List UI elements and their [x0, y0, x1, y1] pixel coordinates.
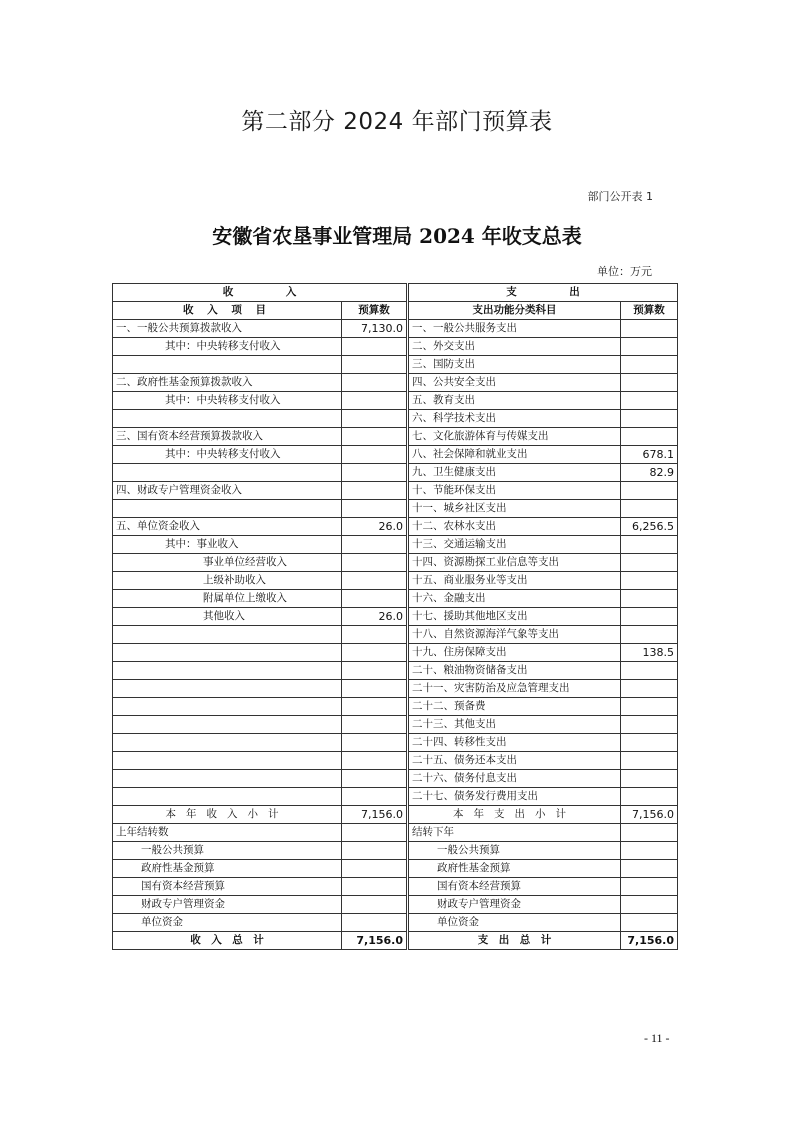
income-item — [113, 698, 342, 716]
expense-item: 二十五、债务还本支出 — [408, 752, 621, 770]
carry-in-item: 国有资本经营预算 — [113, 878, 342, 896]
expense-amount — [621, 554, 678, 572]
income-item — [113, 662, 342, 680]
income-item — [113, 680, 342, 698]
income-item — [113, 500, 342, 518]
expense-item: 十四、资源勘探工业信息等支出 — [408, 554, 621, 572]
expense-item: 九、卫生健康支出 — [408, 464, 621, 482]
income-item — [113, 410, 342, 428]
expense-item: 十二、农林水支出 — [408, 518, 621, 536]
table-row: 二十五、债务还本支出 — [113, 752, 678, 770]
carry-header-row: 上年结转数 结转下年 — [113, 824, 678, 842]
table-row: 一、一般公共预算拨款收入7,130.0一、一般公共服务支出 — [113, 320, 678, 338]
expense-amount — [621, 338, 678, 356]
income-amount — [342, 644, 408, 662]
expense-item: 四、公共安全支出 — [408, 374, 621, 392]
income-amount — [342, 572, 408, 590]
income-amount: 26.0 — [342, 608, 408, 626]
income-item: 其中：中央转移支付收入 — [113, 392, 342, 410]
table-row: 上级补助收入十五、商业服务业等支出 — [113, 572, 678, 590]
expense-item: 二、外交支出 — [408, 338, 621, 356]
income-amount — [342, 626, 408, 644]
income-item: 二、政府性基金预算拨款收入 — [113, 374, 342, 392]
carry-in-amount — [342, 914, 408, 932]
table-row: 附属单位上缴收入十六、金融支出 — [113, 590, 678, 608]
group-header-row: 收 入 支 出 — [113, 284, 678, 302]
expense-amount — [621, 356, 678, 374]
carry-in-label: 上年结转数 — [113, 824, 342, 842]
carry-out-amount — [621, 914, 678, 932]
income-amount — [342, 788, 408, 806]
expense-amount — [621, 734, 678, 752]
income-amount — [342, 410, 408, 428]
carry-out-item: 单位资金 — [408, 914, 621, 932]
total-row: 收 入 总 计 7,156.0 支 出 总 计 7,156.0 — [113, 932, 678, 950]
table-number: 部门公开表 1 — [588, 188, 654, 204]
income-item — [113, 752, 342, 770]
income-item — [113, 356, 342, 374]
expense-item: 二十四、转移性支出 — [408, 734, 621, 752]
income-amount: 26.0 — [342, 518, 408, 536]
table-row: 二十六、债务付息支出 — [113, 770, 678, 788]
carry-out-item: 财政专户管理资金 — [408, 896, 621, 914]
expense-item: 十一、城乡社区支出 — [408, 500, 621, 518]
income-item: 其中：事业收入 — [113, 536, 342, 554]
expense-total-label: 支 出 总 计 — [408, 932, 621, 950]
expense-item: 二十、粮油物资储备支出 — [408, 662, 621, 680]
expense-item: 十三、交通运输支出 — [408, 536, 621, 554]
table-row: 其中：中央转移支付收入五、教育支出 — [113, 392, 678, 410]
expense-item: 一、一般公共服务支出 — [408, 320, 621, 338]
income-subtotal-label: 本年收入小计 — [113, 806, 342, 824]
subtotal-row: 本年收入小计 7,156.0 本年支出小计 7,156.0 — [113, 806, 678, 824]
table-row: 五、单位资金收入26.0十二、农林水支出6,256.5 — [113, 518, 678, 536]
income-amount — [342, 392, 408, 410]
carry-row: 财政专户管理资金财政专户管理资金 — [113, 896, 678, 914]
carry-in-amount — [342, 860, 408, 878]
table-row: 六、科学技术支出 — [113, 410, 678, 428]
income-subtotal-amount: 7,156.0 — [342, 806, 408, 824]
carry-row: 一般公共预算一般公共预算 — [113, 842, 678, 860]
expense-amount — [621, 788, 678, 806]
income-amount — [342, 734, 408, 752]
expense-item: 十七、援助其他地区支出 — [408, 608, 621, 626]
expense-amount — [621, 608, 678, 626]
expense-item: 七、文化旅游体育与传媒支出 — [408, 428, 621, 446]
carry-out-amount — [621, 860, 678, 878]
expense-amount — [621, 590, 678, 608]
unit-label: 单位：万元 — [597, 263, 652, 279]
income-item — [113, 716, 342, 734]
income-amount — [342, 464, 408, 482]
expense-item: 六、科学技术支出 — [408, 410, 621, 428]
income-item: 四、财政专户管理资金收入 — [113, 482, 342, 500]
expense-amount — [621, 500, 678, 518]
table-row: 事业单位经营收入十四、资源勘探工业信息等支出 — [113, 554, 678, 572]
income-amount — [342, 338, 408, 356]
table-row: 十一、城乡社区支出 — [113, 500, 678, 518]
carry-in-item: 单位资金 — [113, 914, 342, 932]
income-amount — [342, 680, 408, 698]
table-row: 三、国有资本经营预算拨款收入七、文化旅游体育与传媒支出 — [113, 428, 678, 446]
expense-item: 二十三、其他支出 — [408, 716, 621, 734]
carry-row: 单位资金单位资金 — [113, 914, 678, 932]
income-amount — [342, 716, 408, 734]
table-row: 二十一、灾害防治及应急管理支出 — [113, 680, 678, 698]
expense-amount — [621, 392, 678, 410]
income-item: 事业单位经营收入 — [113, 554, 342, 572]
income-item — [113, 626, 342, 644]
income-amount-header: 预算数 — [342, 302, 408, 320]
expense-amount: 138.5 — [621, 644, 678, 662]
table-row: 二十三、其他支出 — [113, 716, 678, 734]
carry-in-amount — [342, 878, 408, 896]
expense-group-header: 支 出 — [408, 284, 678, 302]
expense-amount: 82.9 — [621, 464, 678, 482]
income-amount — [342, 752, 408, 770]
expense-item: 三、国防支出 — [408, 356, 621, 374]
expense-item: 二十六、债务付息支出 — [408, 770, 621, 788]
expense-amount — [621, 662, 678, 680]
carry-out-label: 结转下年 — [408, 824, 621, 842]
income-amount — [342, 662, 408, 680]
expense-amount — [621, 374, 678, 392]
table-row: 三、国防支出 — [113, 356, 678, 374]
carry-row: 国有资本经营预算国有资本经营预算 — [113, 878, 678, 896]
income-item: 其他收入 — [113, 608, 342, 626]
expense-amount — [621, 716, 678, 734]
income-item: 三、国有资本经营预算拨款收入 — [113, 428, 342, 446]
carry-in-item: 财政专户管理资金 — [113, 896, 342, 914]
expense-item: 十六、金融支出 — [408, 590, 621, 608]
income-amount — [342, 446, 408, 464]
table-row: 其中：中央转移支付收入八、社会保障和就业支出678.1 — [113, 446, 678, 464]
income-amount — [342, 482, 408, 500]
expense-amount — [621, 428, 678, 446]
income-item: 其中：中央转移支付收入 — [113, 338, 342, 356]
expense-amount — [621, 770, 678, 788]
income-amount — [342, 374, 408, 392]
expense-subtotal-label: 本年支出小计 — [408, 806, 621, 824]
table-row: 四、财政专户管理资金收入十、节能环保支出 — [113, 482, 678, 500]
carry-in-amount — [342, 842, 408, 860]
carry-in-item: 政府性基金预算 — [113, 860, 342, 878]
table-row: 其他收入26.0十七、援助其他地区支出 — [113, 608, 678, 626]
carry-out-item: 政府性基金预算 — [408, 860, 621, 878]
carry-out-item: 一般公共预算 — [408, 842, 621, 860]
income-amount — [342, 536, 408, 554]
expense-amount — [621, 680, 678, 698]
expense-amount: 6,256.5 — [621, 518, 678, 536]
carry-row: 政府性基金预算政府性基金预算 — [113, 860, 678, 878]
expense-item: 十八、自然资源海洋气象等支出 — [408, 626, 621, 644]
expense-subtotal-amount: 7,156.0 — [621, 806, 678, 824]
page-number: - 11 - — [644, 1031, 670, 1046]
income-amount: 7,130.0 — [342, 320, 408, 338]
table-row: 二十四、转移性支出 — [113, 734, 678, 752]
column-header-row: 收 入 项 目 预算数 支出功能分类科目 预算数 — [113, 302, 678, 320]
income-item: 附属单位上缴收入 — [113, 590, 342, 608]
expense-item: 八、社会保障和就业支出 — [408, 446, 621, 464]
expense-amount — [621, 698, 678, 716]
table-row: 九、卫生健康支出82.9 — [113, 464, 678, 482]
income-item-header: 收 入 项 目 — [113, 302, 342, 320]
expense-item: 十九、住房保障支出 — [408, 644, 621, 662]
income-item — [113, 770, 342, 788]
table-row: 二十二、预备费 — [113, 698, 678, 716]
budget-summary-table: 收 入 支 出 收 入 项 目 预算数 支出功能分类科目 预算数 一、一般公共预… — [112, 283, 678, 950]
expense-item-header: 支出功能分类科目 — [408, 302, 621, 320]
table-row: 十九、住房保障支出138.5 — [113, 644, 678, 662]
carry-out-amount — [621, 878, 678, 896]
expense-item: 十五、商业服务业等支出 — [408, 572, 621, 590]
expense-amount — [621, 320, 678, 338]
table-row: 其中：中央转移支付收入二、外交支出 — [113, 338, 678, 356]
income-item — [113, 464, 342, 482]
income-item — [113, 734, 342, 752]
carry-out-item: 国有资本经营预算 — [408, 878, 621, 896]
expense-item: 二十二、预备费 — [408, 698, 621, 716]
income-amount — [342, 554, 408, 572]
income-item: 五、单位资金收入 — [113, 518, 342, 536]
table-row: 二十七、债务发行费用支出 — [113, 788, 678, 806]
carry-out-amount — [621, 896, 678, 914]
expense-amount — [621, 626, 678, 644]
income-item — [113, 644, 342, 662]
expense-amount — [621, 410, 678, 428]
income-item: 其中：中央转移支付收入 — [113, 446, 342, 464]
expense-item: 十、节能环保支出 — [408, 482, 621, 500]
expense-amount — [621, 482, 678, 500]
income-amount — [342, 770, 408, 788]
expense-item: 二十七、债务发行费用支出 — [408, 788, 621, 806]
table-row: 其中：事业收入十三、交通运输支出 — [113, 536, 678, 554]
income-amount — [342, 428, 408, 446]
income-total-amount: 7,156.0 — [342, 932, 408, 950]
expense-amount — [621, 536, 678, 554]
expense-amount — [621, 572, 678, 590]
carry-in-amount — [342, 896, 408, 914]
income-group-header: 收 入 — [113, 284, 408, 302]
carry-out-amount — [621, 824, 678, 842]
table-row: 二十、粮油物资储备支出 — [113, 662, 678, 680]
expense-amount: 678.1 — [621, 446, 678, 464]
income-total-label: 收 入 总 计 — [113, 932, 342, 950]
expense-item: 五、教育支出 — [408, 392, 621, 410]
income-amount — [342, 500, 408, 518]
table-row: 十八、自然资源海洋气象等支出 — [113, 626, 678, 644]
table-row: 二、政府性基金预算拨款收入四、公共安全支出 — [113, 374, 678, 392]
expense-total-amount: 7,156.0 — [621, 932, 678, 950]
income-amount — [342, 590, 408, 608]
table-title: 安徽省农垦事业管理局 2024 年收支总表 — [0, 220, 794, 249]
expense-amount — [621, 752, 678, 770]
income-item: 一、一般公共预算拨款收入 — [113, 320, 342, 338]
income-amount — [342, 698, 408, 716]
carry-in-amount — [342, 824, 408, 842]
carry-in-item: 一般公共预算 — [113, 842, 342, 860]
income-item — [113, 788, 342, 806]
expense-item: 二十一、灾害防治及应急管理支出 — [408, 680, 621, 698]
carry-out-amount — [621, 842, 678, 860]
income-item: 上级补助收入 — [113, 572, 342, 590]
expense-amount-header: 预算数 — [621, 302, 678, 320]
income-amount — [342, 356, 408, 374]
part-title: 第二部分 2024 年部门预算表 — [0, 103, 794, 136]
